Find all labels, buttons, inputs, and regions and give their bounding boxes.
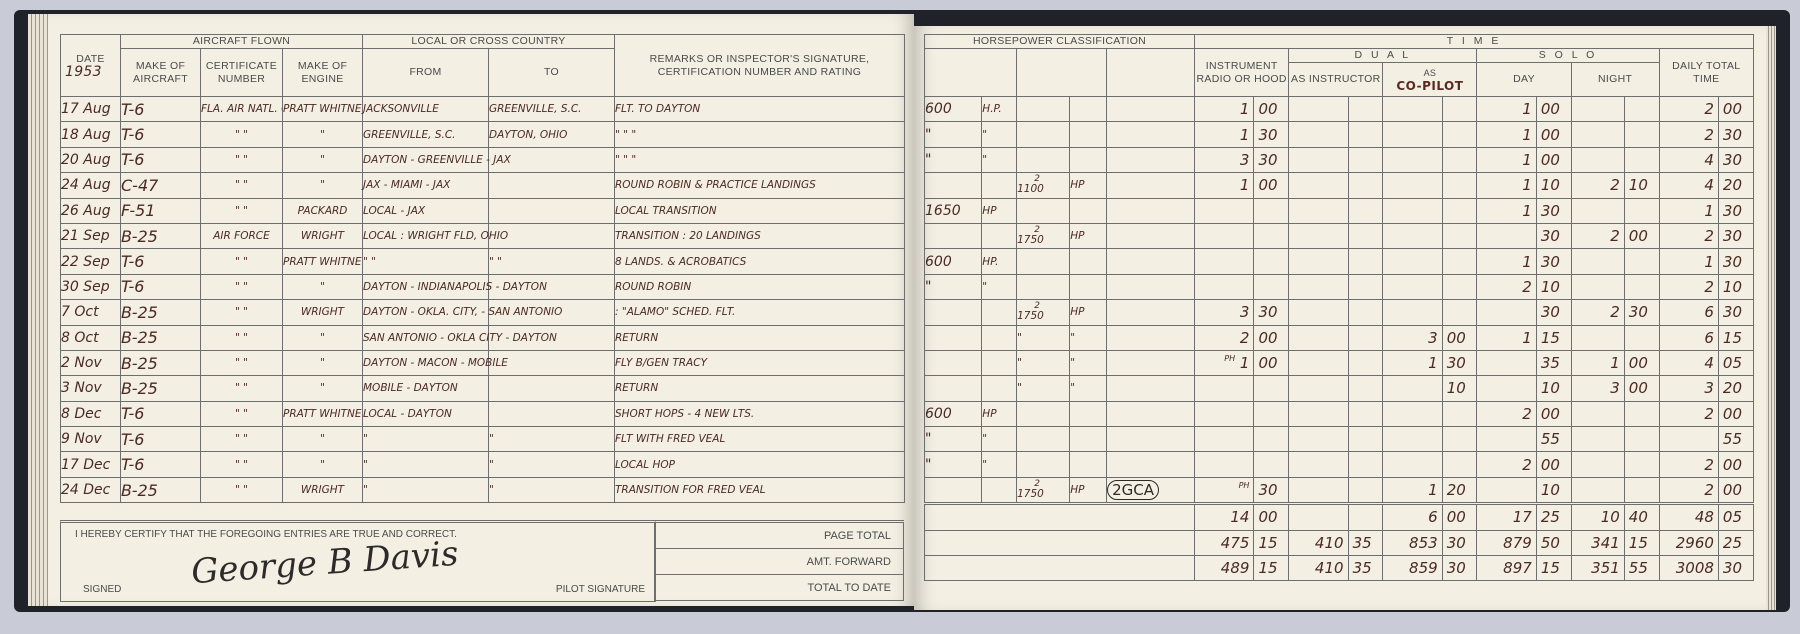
solo-night-minutes <box>1624 325 1659 350</box>
solo-night-minutes <box>1624 427 1659 452</box>
entry-from: " <box>363 477 489 502</box>
entry-from: LOCAL : WRIGHT FLD, OHIO <box>363 223 489 248</box>
daily-total-hours: 6 <box>1659 300 1718 325</box>
local-cross-country-header: LOCAL OR CROSS COUNTRY <box>363 35 615 49</box>
hp-multi-unit: " <box>1070 350 1107 375</box>
hp-single-unit: H.P. <box>982 97 1017 122</box>
night-header: NIGHT <box>1571 63 1659 97</box>
entry-to: " <box>489 427 615 452</box>
copilot-minutes <box>1442 97 1477 122</box>
entry-to: " <box>489 452 615 477</box>
entry-from: DAYTON - INDIANAPOLIS - DAYTON <box>363 274 489 299</box>
copilot-hours <box>1383 249 1442 274</box>
entry-aircraft: T-6 <box>121 97 201 122</box>
total-solo-day-hours: 879 <box>1477 530 1536 555</box>
hp-single-unit <box>982 223 1017 248</box>
instrument-hours <box>1195 452 1254 477</box>
entry-engine: " <box>283 147 363 172</box>
solo-day-hours <box>1477 350 1536 375</box>
hp-multi-unit <box>1070 274 1107 299</box>
totals-row: 1400600172510404805 <box>925 504 1754 530</box>
log-entry-row: 2 NovB-25" ""DAYTON - MACON - MOBILEFLY … <box>61 350 905 375</box>
log-entry-row: 7 OctB-25" "WRIGHTDAYTON - OKLA. CITY, -… <box>61 300 905 325</box>
time-entry-row: 21750HP 30200230 <box>925 223 1754 248</box>
entry-aircraft: B-25 <box>121 300 201 325</box>
hp-single-unit: " <box>982 274 1017 299</box>
instructor-minutes <box>1348 249 1383 274</box>
total-instrument-hours: 489 <box>1195 556 1254 581</box>
daily-total-hours: 4 <box>1659 173 1718 198</box>
day-header: DAY <box>1477 63 1571 97</box>
hp-note <box>1107 173 1195 198</box>
hp-note <box>1107 147 1195 172</box>
instrument-header: INSTRUMENT RADIO OR HOOD <box>1195 49 1289 97</box>
solo-day-hours <box>1477 376 1536 401</box>
solo-day-hours: 1 <box>1477 173 1536 198</box>
hp-note <box>1107 300 1195 325</box>
solo-night-hours: 2 <box>1571 223 1624 248</box>
hp-multi-unit <box>1070 249 1107 274</box>
copilot-hours <box>1383 97 1442 122</box>
entry-aircraft: T-6 <box>121 122 201 147</box>
entry-from: LOCAL - DAYTON <box>363 401 489 426</box>
entry-remarks: : "ALAMO" SCHED. FLT. <box>615 300 905 325</box>
instructor-hours <box>1289 477 1348 503</box>
copilot-hours <box>1383 427 1442 452</box>
entry-from: DAYTON - OKLA. CITY, - SAN ANTONIO <box>363 300 489 325</box>
log-entry-row: 24 DecB-25" "WRIGHT""TRANSITION FOR FRED… <box>61 477 905 502</box>
entry-remarks: FLT. TO DAYTON <box>615 97 905 122</box>
daily-total-minutes: 30 <box>1718 249 1753 274</box>
from-header: FROM <box>363 49 489 97</box>
time-entry-row: "" 210210 <box>925 274 1754 299</box>
copilot-hours <box>1383 401 1442 426</box>
page-edges-right <box>1766 26 1776 610</box>
entry-date: 7 Oct <box>61 300 121 325</box>
instructor-minutes <box>1348 350 1383 375</box>
solo-night-minutes: 10 <box>1624 173 1659 198</box>
copilot-hours: 3 <box>1383 325 1442 350</box>
copilot-minutes <box>1442 452 1477 477</box>
entry-aircraft: T-6 <box>121 401 201 426</box>
page-total-label: PAGE TOTAL <box>655 522 904 549</box>
daily-total-minutes: 00 <box>1718 401 1753 426</box>
entry-engine: PRATT WHITNEY <box>283 97 363 122</box>
copilot-minutes: 10 <box>1442 376 1477 401</box>
entry-certificate: " " <box>201 477 283 502</box>
daily-total-minutes: 30 <box>1718 147 1753 172</box>
copilot-minutes <box>1442 198 1477 223</box>
to-header: TO <box>489 49 615 97</box>
instrument-hours <box>1195 249 1254 274</box>
entry-engine: " <box>283 325 363 350</box>
instrument-minutes <box>1254 452 1289 477</box>
entry-remarks: TRANSITION : 20 LANDINGS <box>615 223 905 248</box>
entry-engine: " <box>283 452 363 477</box>
entry-certificate: " " <box>201 249 283 274</box>
solo-day-hours: 2 <box>1477 274 1536 299</box>
hp-multi-unit: " <box>1070 325 1107 350</box>
solo-day-hours: 2 <box>1477 401 1536 426</box>
total-daily-total-minutes: 30 <box>1718 556 1753 581</box>
entry-from: DAYTON - MACON - MOBILE <box>363 350 489 375</box>
hp-multi-value <box>1017 198 1070 223</box>
solo-night-minutes <box>1624 477 1659 503</box>
entry-remarks: FLT WITH FRED VEAL <box>615 427 905 452</box>
daily-total-hours: 2 <box>1659 122 1718 147</box>
signed-label: SIGNED <box>83 584 121 595</box>
log-entry-row: 8 DecT-6" "PRATT WHITNEYLOCAL - DAYTONSH… <box>61 401 905 426</box>
solo-night-hours <box>1571 427 1624 452</box>
solo-day-minutes: 10 <box>1536 376 1571 401</box>
entry-date: 2 Nov <box>61 350 121 375</box>
entry-certificate: " " <box>201 350 283 375</box>
copilot-minutes <box>1442 223 1477 248</box>
copilot-hours <box>1383 452 1442 477</box>
hp-multi-value <box>1017 97 1070 122</box>
total-to-date-label: TOTAL TO DATE <box>655 575 904 601</box>
total-solo-night-hours: 341 <box>1571 530 1624 555</box>
hp-single-value <box>925 350 982 375</box>
amt-forward-label: AMT. FORWARD <box>655 549 904 575</box>
entry-date: 20 Aug <box>61 147 121 172</box>
entry-certificate: " " <box>201 376 283 401</box>
entry-from: GREENVILLE, S.C. <box>363 122 489 147</box>
entry-remarks: TRANSITION FOR FRED VEAL <box>615 477 905 502</box>
solo-day-minutes: 00 <box>1536 147 1571 172</box>
certificate-number-header: CERTIFICATE NUMBER <box>201 49 283 97</box>
entry-aircraft: T-6 <box>121 427 201 452</box>
entry-to <box>489 376 615 401</box>
entry-date: 22 Sep <box>61 249 121 274</box>
entry-from: SAN ANTONIO - OKLA CITY - DAYTON <box>363 325 489 350</box>
instructor-minutes <box>1348 147 1383 172</box>
instrument-minutes: 30 <box>1254 122 1289 147</box>
instructor-minutes <box>1348 122 1383 147</box>
copilot-minutes: 00 <box>1442 325 1477 350</box>
remarks-header: REMARKS OR INSPECTOR'S SIGNATURE, CERTIF… <box>615 35 905 97</box>
entry-date: 17 Aug <box>61 97 121 122</box>
hp-multi-unit: " <box>1070 376 1107 401</box>
instrument-hours: 1 <box>1195 97 1254 122</box>
entry-certificate: " " <box>201 401 283 426</box>
left-log-table: DATE 1953 AIRCRAFT FLOWN LOCAL OR CROSS … <box>60 34 905 503</box>
entry-certificate: " " <box>201 173 283 198</box>
total-instructor-hours: 410 <box>1289 530 1348 555</box>
entry-engine: " <box>283 427 363 452</box>
entry-aircraft: C-47 <box>121 173 201 198</box>
solo-day-hours: 1 <box>1477 97 1536 122</box>
instructor-hours <box>1289 300 1348 325</box>
daily-total-hours: 2 <box>1659 452 1718 477</box>
hp-single-value <box>925 325 982 350</box>
time-entry-row: "" 330100430 <box>925 147 1754 172</box>
entry-engine: " <box>283 122 363 147</box>
solo-day-minutes: 15 <box>1536 325 1571 350</box>
copilot-minutes <box>1442 147 1477 172</box>
hp-multi-value: 21750 <box>1017 477 1070 503</box>
year: 1953 <box>61 66 120 79</box>
hp-multi-unit <box>1070 147 1107 172</box>
solo-day-minutes: 10 <box>1536 477 1571 503</box>
total-instrument-hours: 14 <box>1195 504 1254 530</box>
daily-total-minutes: 10 <box>1718 274 1753 299</box>
hp-multi-value: " <box>1017 376 1070 401</box>
entry-engine: WRIGHT <box>283 477 363 502</box>
copilot-minutes <box>1442 401 1477 426</box>
total-solo-night-hours: 10 <box>1571 504 1624 530</box>
solo-day-minutes: 00 <box>1536 452 1571 477</box>
solo-day-hours: 1 <box>1477 249 1536 274</box>
solo-night-minutes: 00 <box>1624 223 1659 248</box>
hp-multi-value <box>1017 249 1070 274</box>
entry-to: DAYTON, OHIO <box>489 122 615 147</box>
entry-certificate: " " <box>201 147 283 172</box>
instrument-minutes: 00 <box>1254 173 1289 198</box>
entry-engine: PRATT WHITNEY <box>283 401 363 426</box>
entry-engine: " <box>283 376 363 401</box>
solo-night-minutes <box>1624 147 1659 172</box>
solo-night-minutes <box>1624 122 1659 147</box>
entry-remarks: FLY B/GEN TRACY <box>615 350 905 375</box>
total-solo-day-minutes: 50 <box>1536 530 1571 555</box>
solo-day-minutes: 30 <box>1536 198 1571 223</box>
hp-multi-value: 21750 <box>1017 300 1070 325</box>
hp-multi-unit <box>1070 198 1107 223</box>
instrument-hours: PH <box>1195 477 1254 503</box>
entry-date: 9 Nov <box>61 427 121 452</box>
solo-day-hours: 2 <box>1477 452 1536 477</box>
copilot-hours <box>1383 376 1442 401</box>
instrument-minutes: 30 <box>1254 147 1289 172</box>
total-solo-night-minutes: 15 <box>1624 530 1659 555</box>
instructor-minutes <box>1348 198 1383 223</box>
daily-total-hours: 1 <box>1659 198 1718 223</box>
entry-remarks: " " " <box>615 122 905 147</box>
hp-single-value: " <box>925 147 982 172</box>
instructor-hours <box>1289 325 1348 350</box>
hp-single-value: 600 <box>925 97 982 122</box>
solo-day-minutes: 30 <box>1536 300 1571 325</box>
hp-single-value: " <box>925 274 982 299</box>
instrument-minutes: 00 <box>1254 325 1289 350</box>
entry-certificate: " " <box>201 198 283 223</box>
hp-multi-value: 21750 <box>1017 223 1070 248</box>
entry-date: 3 Nov <box>61 376 121 401</box>
solo-day-hours <box>1477 223 1536 248</box>
entry-from: " " <box>363 249 489 274</box>
instrument-hours: 3 <box>1195 147 1254 172</box>
total-daily-total-hours: 48 <box>1659 504 1718 530</box>
instrument-hours <box>1195 198 1254 223</box>
total-instrument-minutes: 00 <box>1254 504 1289 530</box>
aircraft-flown-header: AIRCRAFT FLOWN <box>121 35 363 49</box>
solo-night-hours <box>1571 274 1624 299</box>
copilot-hours <box>1383 122 1442 147</box>
instructor-minutes <box>1348 401 1383 426</box>
daily-total-minutes: 20 <box>1718 173 1753 198</box>
total-copilot-hours: 853 <box>1383 530 1442 555</box>
hp-note <box>1107 427 1195 452</box>
entry-remarks: " " " <box>615 147 905 172</box>
total-solo-night-hours: 351 <box>1571 556 1624 581</box>
entry-date: 8 Oct <box>61 325 121 350</box>
total-solo-day-hours: 897 <box>1477 556 1536 581</box>
hp-note <box>1107 350 1195 375</box>
hp-single-unit <box>982 350 1017 375</box>
daily-total-minutes: 00 <box>1718 97 1753 122</box>
make-of-engine-header: MAKE OF ENGINE <box>283 49 363 97</box>
instrument-hours <box>1195 274 1254 299</box>
daily-total-minutes: 30 <box>1718 300 1753 325</box>
total-copilot-minutes: 30 <box>1442 530 1477 555</box>
total-instructor-minutes: 35 <box>1348 530 1383 555</box>
instrument-minutes <box>1254 223 1289 248</box>
total-instructor-minutes: 35 <box>1348 556 1383 581</box>
hp-note <box>1107 223 1195 248</box>
entry-to <box>489 173 615 198</box>
right-log-table: HORSEPOWER CLASSIFICATION T I M E INSTRU… <box>924 34 1754 581</box>
instructor-hours <box>1289 401 1348 426</box>
page-edges-left <box>28 14 48 606</box>
solo-day-minutes: 10 <box>1536 274 1571 299</box>
hp-single-unit: HP <box>982 401 1017 426</box>
entry-date: 21 Sep <box>61 223 121 248</box>
solo-night-hours: 2 <box>1571 173 1624 198</box>
total-instructor-hours <box>1289 504 1348 530</box>
entry-from: LOCAL - JAX <box>363 198 489 223</box>
hp-single-value: 600 <box>925 249 982 274</box>
hp-multi-unit: HP <box>1070 300 1107 325</box>
entry-aircraft: B-25 <box>121 477 201 502</box>
solo-night-hours <box>1571 477 1624 503</box>
instructor-minutes <box>1348 223 1383 248</box>
solo-night-hours <box>1571 147 1624 172</box>
hp-multi-value <box>1017 122 1070 147</box>
solo-night-minutes <box>1624 401 1659 426</box>
daily-total-hours: 1 <box>1659 249 1718 274</box>
solo-day-hours: 1 <box>1477 325 1536 350</box>
hp-single-unit: HP. <box>982 249 1017 274</box>
solo-day-minutes: 00 <box>1536 401 1571 426</box>
total-daily-total-minutes: 25 <box>1718 530 1753 555</box>
entry-date: 8 Dec <box>61 401 121 426</box>
total-solo-day-hours: 17 <box>1477 504 1536 530</box>
copilot-hours <box>1383 173 1442 198</box>
instrument-hours: 1 <box>1195 173 1254 198</box>
solo-night-minutes: 00 <box>1624 350 1659 375</box>
daily-total-minutes: 30 <box>1718 223 1753 248</box>
hp-note <box>1107 97 1195 122</box>
entry-remarks: ROUND ROBIN <box>615 274 905 299</box>
solo-day-hours <box>1477 427 1536 452</box>
hp-single-value <box>925 300 982 325</box>
total-copilot-hours: 6 <box>1383 504 1442 530</box>
solo-night-minutes <box>1624 249 1659 274</box>
entry-engine: WRIGHT <box>283 300 363 325</box>
instrument-hours <box>1195 376 1254 401</box>
daily-total-minutes: 15 <box>1718 325 1753 350</box>
total-instrument-minutes: 15 <box>1254 556 1289 581</box>
entry-to <box>489 401 615 426</box>
total-solo-night-minutes: 55 <box>1624 556 1659 581</box>
time-entry-row: "" 1010300320 <box>925 376 1754 401</box>
solo-day-hours <box>1477 300 1536 325</box>
copilot-hours <box>1383 223 1442 248</box>
instructor-hours <box>1289 198 1348 223</box>
time-entry-row: 21100HP 100110210420 <box>925 173 1754 198</box>
solo-night-hours <box>1571 122 1624 147</box>
instrument-hours: PH 1 <box>1195 350 1254 375</box>
instructor-hours <box>1289 274 1348 299</box>
copilot-minutes <box>1442 427 1477 452</box>
instrument-hours: 3 <box>1195 300 1254 325</box>
solo-night-hours <box>1571 97 1624 122</box>
entry-date: 26 Aug <box>61 198 121 223</box>
copilot-hours: 1 <box>1383 477 1442 503</box>
log-entry-row: 30 SepT-6" ""DAYTON - INDIANAPOLIS - DAY… <box>61 274 905 299</box>
hp-multi-unit <box>1070 97 1107 122</box>
copilot-hours <box>1383 274 1442 299</box>
instructor-minutes <box>1348 477 1383 503</box>
hp-single-value <box>925 223 982 248</box>
certification-area: I HEREBY CERTIFY THAT THE FOREGOING ENTR… <box>60 520 904 600</box>
instructor-minutes <box>1348 173 1383 198</box>
total-daily-total-hours: 2960 <box>1659 530 1718 555</box>
as-copilot-header: AS CO-PILOT <box>1383 63 1477 97</box>
log-entry-row: 20 AugT-6" ""DAYTON - GREENVILLE - JAX" … <box>61 147 905 172</box>
solo-night-hours <box>1571 401 1624 426</box>
entry-certificate: " " <box>201 122 283 147</box>
solo-day-minutes: 55 <box>1536 427 1571 452</box>
solo-night-minutes <box>1624 274 1659 299</box>
entry-remarks: LOCAL HOP <box>615 452 905 477</box>
instructor-hours <box>1289 249 1348 274</box>
hp-multi-unit: HP <box>1070 223 1107 248</box>
log-entry-row: 22 SepT-6" "PRATT WHITNEY" "" "8 LANDS. … <box>61 249 905 274</box>
left-page: DATE 1953 AIRCRAFT FLOWN LOCAL OR CROSS … <box>48 14 914 606</box>
entry-remarks: 8 LANDS. & ACROBATICS <box>615 249 905 274</box>
pilot-signature-label: PILOT SIGNATURE <box>556 584 645 595</box>
entry-aircraft: B-25 <box>121 325 201 350</box>
instructor-minutes <box>1348 97 1383 122</box>
instructor-hours <box>1289 223 1348 248</box>
hp-single-unit <box>982 325 1017 350</box>
total-daily-total-minutes: 05 <box>1718 504 1753 530</box>
instructor-hours <box>1289 97 1348 122</box>
solo-night-hours <box>1571 452 1624 477</box>
log-entry-row: 18 AugT-6" ""GREENVILLE, S.C.DAYTON, OHI… <box>61 122 905 147</box>
entry-engine: " <box>283 350 363 375</box>
hp-multi-unit <box>1070 452 1107 477</box>
solo-night-minutes: 00 <box>1624 376 1659 401</box>
instructor-hours <box>1289 350 1348 375</box>
daily-total-minutes: 55 <box>1718 427 1753 452</box>
make-of-aircraft-header: MAKE OF AIRCRAFT <box>121 49 201 97</box>
time-entry-row: 1650HP 130130 <box>925 198 1754 223</box>
entry-certificate: " " <box>201 325 283 350</box>
hp-note <box>1107 122 1195 147</box>
daily-total-hours: 4 <box>1659 350 1718 375</box>
entry-certificate: AIR FORCE <box>201 223 283 248</box>
entry-from: " <box>363 452 489 477</box>
solo-day-minutes: 10 <box>1536 173 1571 198</box>
instructor-minutes <box>1348 300 1383 325</box>
hp-single-value: " <box>925 427 982 452</box>
hp-multi-value <box>1017 274 1070 299</box>
entry-aircraft: B-25 <box>121 223 201 248</box>
instrument-hours: 1 <box>1195 122 1254 147</box>
